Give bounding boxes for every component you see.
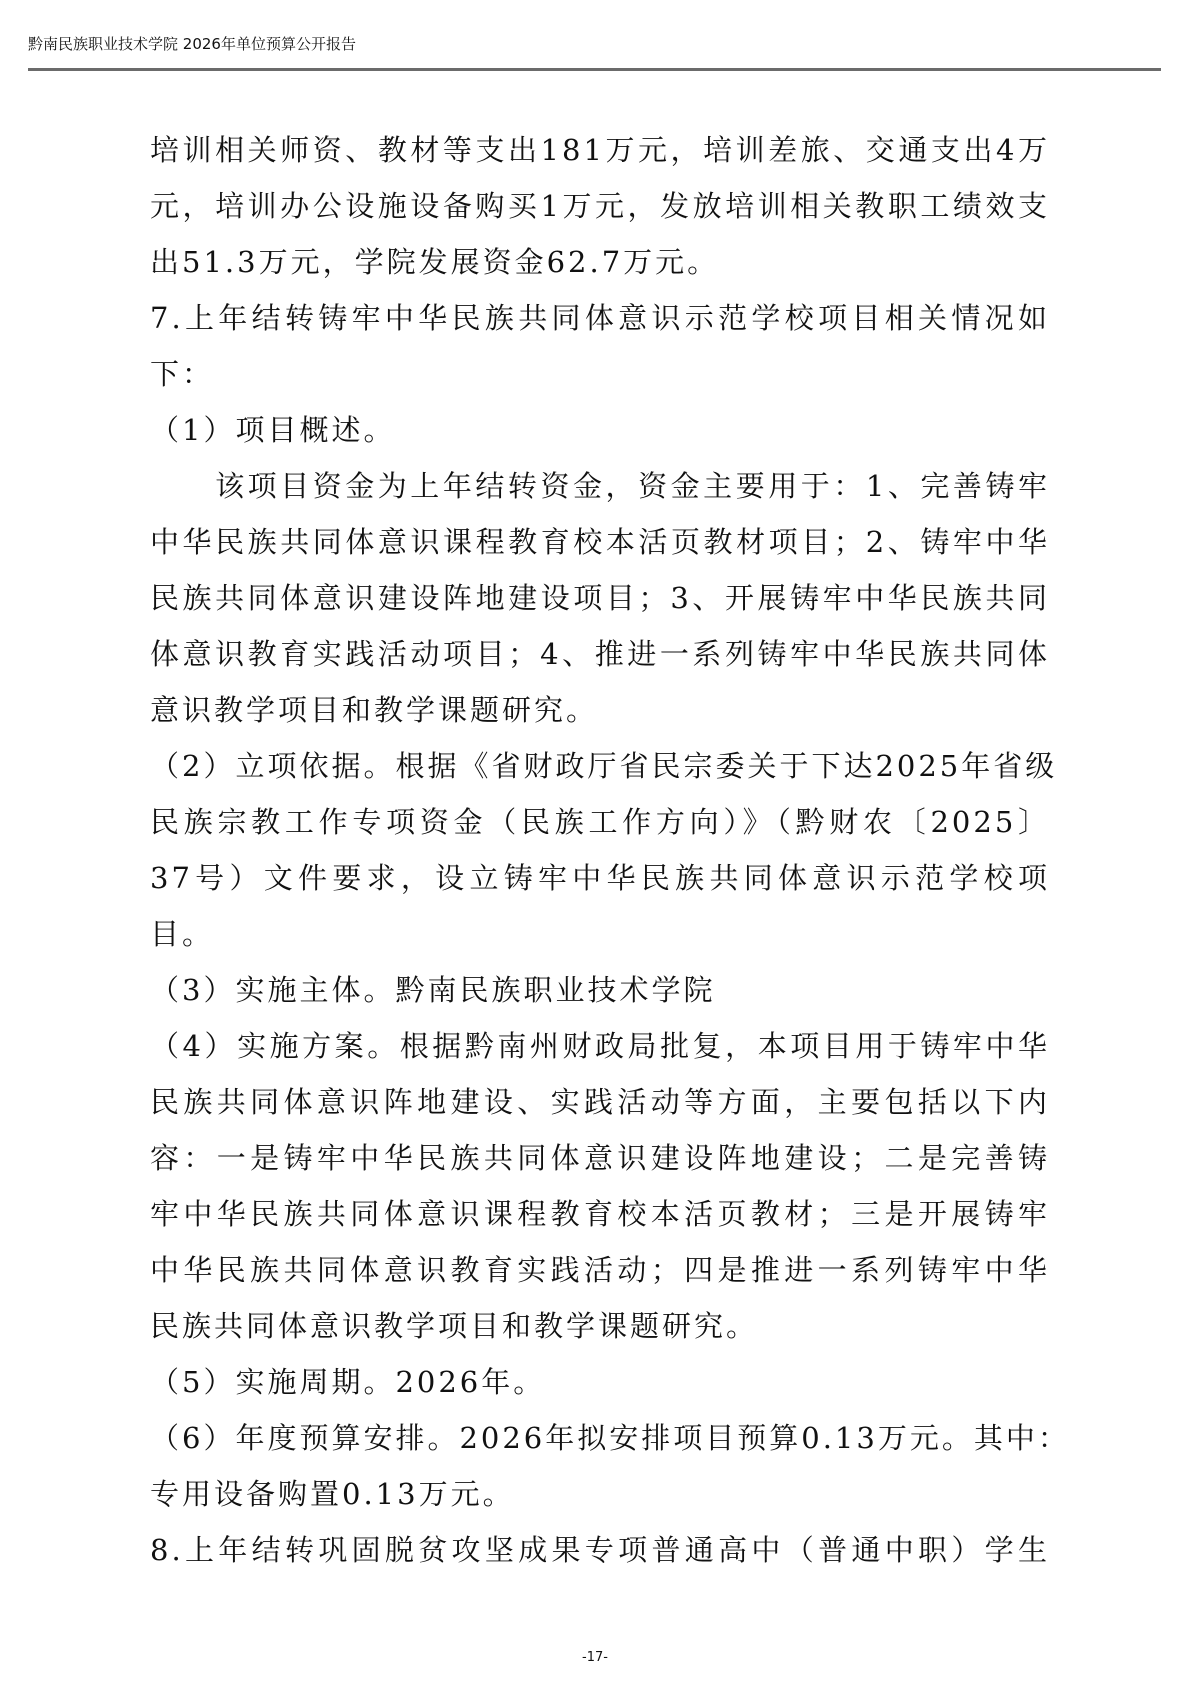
body-line: 民族宗教工作专项资金（民族工作方向）》（黔财农〔2025〕: [150, 794, 1050, 850]
body-line: 中华民族共同体意识教育实践活动；四是推进一系列铸牢中华: [150, 1242, 1050, 1298]
subheading-implementer: （3）实施主体。黔南民族职业技术学院: [150, 962, 1050, 1018]
subheading-basis: （2）立项依据。根据《省财政厅省民宗委关于下达2025年省级: [150, 738, 1050, 794]
body-line: 37号）文件要求，设立铸牢中华民族共同体意识示范学校项: [150, 850, 1050, 906]
body-line: 体意识教育实践活动项目；4、推进一系列铸牢中华民族共同体: [150, 626, 1050, 682]
body-line: 专用设备购置0.13万元。: [150, 1466, 1050, 1522]
subheading-plan: （4）实施方案。根据黔南州财政局批复，本项目用于铸牢中华: [150, 1018, 1050, 1074]
header-divider: [28, 68, 1161, 71]
body-line: 容：一是铸牢中华民族共同体意识建设阵地建设；二是完善铸: [150, 1130, 1050, 1186]
document-body: 培训相关师资、教材等支出181万元，培训差旅、交通支出4万 元，培训办公设施设备…: [150, 122, 1050, 1578]
body-line: 培训相关师资、教材等支出181万元，培训差旅、交通支出4万: [150, 122, 1050, 178]
header-title: 黔南民族职业技术学院 2026年单位预算公开报告: [28, 34, 1158, 56]
page-number: -17-: [0, 1650, 1190, 1665]
body-line: 牢中华民族共同体意识课程教育校本活页教材；三是开展铸牢: [150, 1186, 1050, 1242]
body-line: 民族共同体意识建设阵地建设项目；3、开展铸牢中华民族共同: [150, 570, 1050, 626]
page-header: 黔南民族职业技术学院 2026年单位预算公开报告: [28, 34, 1158, 71]
body-line: 出51.3万元，学院发展资金62.7万元。: [150, 234, 1050, 290]
body-line: 民族共同体意识阵地建设、实践活动等方面，主要包括以下内: [150, 1074, 1050, 1130]
section-heading-7: 7.上年结转铸牢中华民族共同体意识示范学校项目相关情况如: [150, 290, 1050, 346]
subheading-period: （5）实施周期。2026年。: [150, 1354, 1050, 1410]
body-line: 民族共同体意识教学项目和教学课题研究。: [150, 1298, 1050, 1354]
subheading-overview: （1）项目概述。: [150, 402, 1050, 458]
subheading-budget: （6）年度预算安排。2026年拟安排项目预算0.13万元。其中：: [150, 1410, 1050, 1466]
section-heading-8: 8.上年结转巩固脱贫攻坚成果专项普通高中（普通中职）学生: [150, 1522, 1050, 1578]
body-line: 中华民族共同体意识课程教育校本活页教材项目；2、铸牢中华: [150, 514, 1050, 570]
section-heading-7-cont: 下：: [150, 346, 1050, 402]
body-line: 该项目资金为上年结转资金，资金主要用于：1、完善铸牢: [150, 458, 1050, 514]
body-line: 元，培训办公设施设备购买1万元，发放培训相关教职工绩效支: [150, 178, 1050, 234]
body-line: 目。: [150, 906, 1050, 962]
body-line: 意识教学项目和教学课题研究。: [150, 682, 1050, 738]
